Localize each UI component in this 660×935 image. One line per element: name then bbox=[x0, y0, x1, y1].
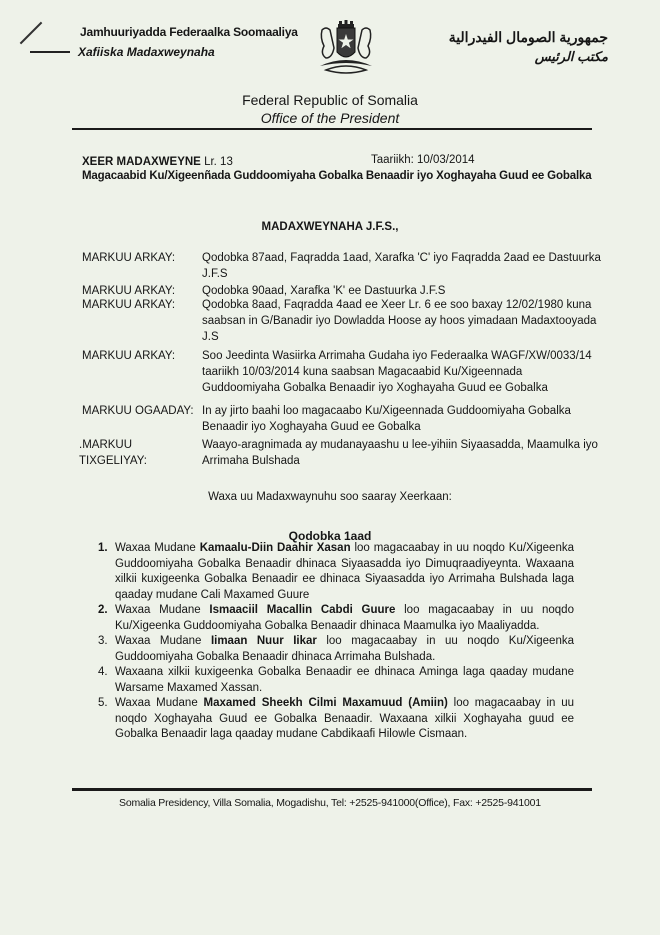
item-text: Waxaana xilkii kuxigeenka Gobalka Benaad… bbox=[115, 665, 574, 696]
item-text: Waxaa Mudane Maxamed Sheekh Cilmi Maxamu… bbox=[115, 696, 574, 743]
appointee-name: Iimaan Nuur Iikar bbox=[211, 635, 317, 647]
item-text: Waxaa Mudane Kamaalu-Diin Daahir Xasan l… bbox=[115, 541, 574, 603]
appointee-name: Ismaaciil Macallin Cabdi Guure bbox=[209, 604, 395, 616]
preamble-label: MARKUU ARKAY: bbox=[82, 297, 202, 345]
list-item: 1. Waxaa Mudane Kamaalu-Diin Daahir Xasa… bbox=[98, 541, 574, 603]
letterhead-arabic-title: جمهورية الصومال الفيدرالية bbox=[449, 29, 608, 46]
letterhead-somali-office: Xafiiska Madaxweynaha bbox=[78, 45, 215, 59]
letterhead-english-title: Federal Republic of Somalia bbox=[0, 92, 660, 108]
preamble-label: MARKUU ARKAY: bbox=[82, 250, 202, 282]
preamble-label: .MARKUU TIXGELIYAY: bbox=[79, 437, 202, 469]
preamble-row: .MARKUU TIXGELIYAY: Waayo-aragnimada ay … bbox=[79, 437, 599, 469]
item-number: 2. bbox=[98, 603, 115, 634]
decree-subject: Magacaabid Ku/Xigeenñada Guddoomiyaha Go… bbox=[82, 170, 592, 182]
article-items: 1. Waxaa Mudane Kamaalu-Diin Daahir Xasa… bbox=[98, 541, 574, 743]
appointee-name: Maxamed Sheekh Cilmi Maxamuud (Amiin) bbox=[204, 697, 448, 709]
letterhead-arabic-office: مكتب الرئيس bbox=[535, 49, 608, 65]
preamble-label: MARKUU ARKAY: bbox=[82, 348, 202, 396]
preamble-row: MARKUU ARKAY: Soo Jeedinta Wasiirka Arri… bbox=[82, 348, 602, 396]
preamble-text: Qodobka 87aad, Faqradda 1aad, Xarafka 'C… bbox=[202, 250, 602, 282]
header-divider bbox=[72, 128, 592, 130]
footer-divider bbox=[72, 788, 592, 791]
preamble-label: MARKUU OGAADAY: bbox=[82, 403, 202, 435]
decree-intro: Waxa uu Madaxwaynuhu soo saaray Xeerkaan… bbox=[0, 491, 660, 503]
decree-label: XEER MADAXWEYNE bbox=[82, 156, 201, 168]
preamble-row: MARKUU ARKAY: Qodobka 87aad, Faqradda 1a… bbox=[82, 250, 602, 282]
somalia-coat-of-arms-icon bbox=[312, 18, 380, 80]
appointee-name: Kamaalu-Diin Daahir Xasan bbox=[200, 542, 351, 554]
item-number: 3. bbox=[98, 634, 115, 665]
decree-ref: Lr. 13 bbox=[204, 156, 233, 168]
list-item: 5. Waxaa Mudane Maxamed Sheekh Cilmi Max… bbox=[98, 696, 574, 743]
item-number: 4. bbox=[98, 665, 115, 696]
item-text: Waxaa Mudane Iimaan Nuur Iikar loo magac… bbox=[115, 634, 574, 665]
decree-date: Taariikh: 10/03/2014 bbox=[371, 154, 475, 166]
list-item: 4. Waxaana xilkii kuxigeenka Gobalka Ben… bbox=[98, 665, 574, 696]
item-number: 5. bbox=[98, 696, 115, 743]
item-text: Waxaa Mudane Ismaaciil Macallin Cabdi Gu… bbox=[115, 603, 574, 634]
issuer-heading: MADAXWEYNAHA J.F.S., bbox=[0, 221, 660, 233]
preamble-text: Qodobka 8aad, Faqradda 4aad ee Xeer Lr. … bbox=[202, 297, 602, 345]
preamble-text: Waayo-aragnimada ay mudanayaashu u lee-y… bbox=[202, 437, 599, 469]
pen-mark bbox=[20, 22, 43, 45]
preamble-text: Soo Jeedinta Wasiirka Arrimaha Gudaha iy… bbox=[202, 348, 602, 396]
item-number: 1. bbox=[98, 541, 115, 603]
footer-contact: Somalia Presidency, Villa Somalia, Mogad… bbox=[0, 797, 660, 809]
preamble-row: MARKUU ARKAY: Qodobka 8aad, Faqradda 4aa… bbox=[82, 297, 602, 345]
letterhead-somali-title: Jamhuuriyadda Federaalka Soomaaliya bbox=[80, 25, 298, 39]
pen-dash-mark bbox=[30, 51, 70, 53]
list-item: 2. Waxaa Mudane Ismaaciil Macallin Cabdi… bbox=[98, 603, 574, 634]
list-item: 3. Waxaa Mudane Iimaan Nuur Iikar loo ma… bbox=[98, 634, 574, 665]
letterhead-english-office: Office of the President bbox=[0, 110, 660, 126]
document-page: Jamhuuriyadda Federaalka Soomaaliya Xafi… bbox=[0, 0, 660, 935]
preamble-text: In ay jirto baahi loo magacaabo Ku/Xigee… bbox=[202, 403, 602, 435]
decree-number: XEER MADAXWEYNE Lr. 13 bbox=[82, 156, 233, 168]
preamble-row: MARKUU OGAADAY: In ay jirto baahi loo ma… bbox=[82, 403, 602, 435]
